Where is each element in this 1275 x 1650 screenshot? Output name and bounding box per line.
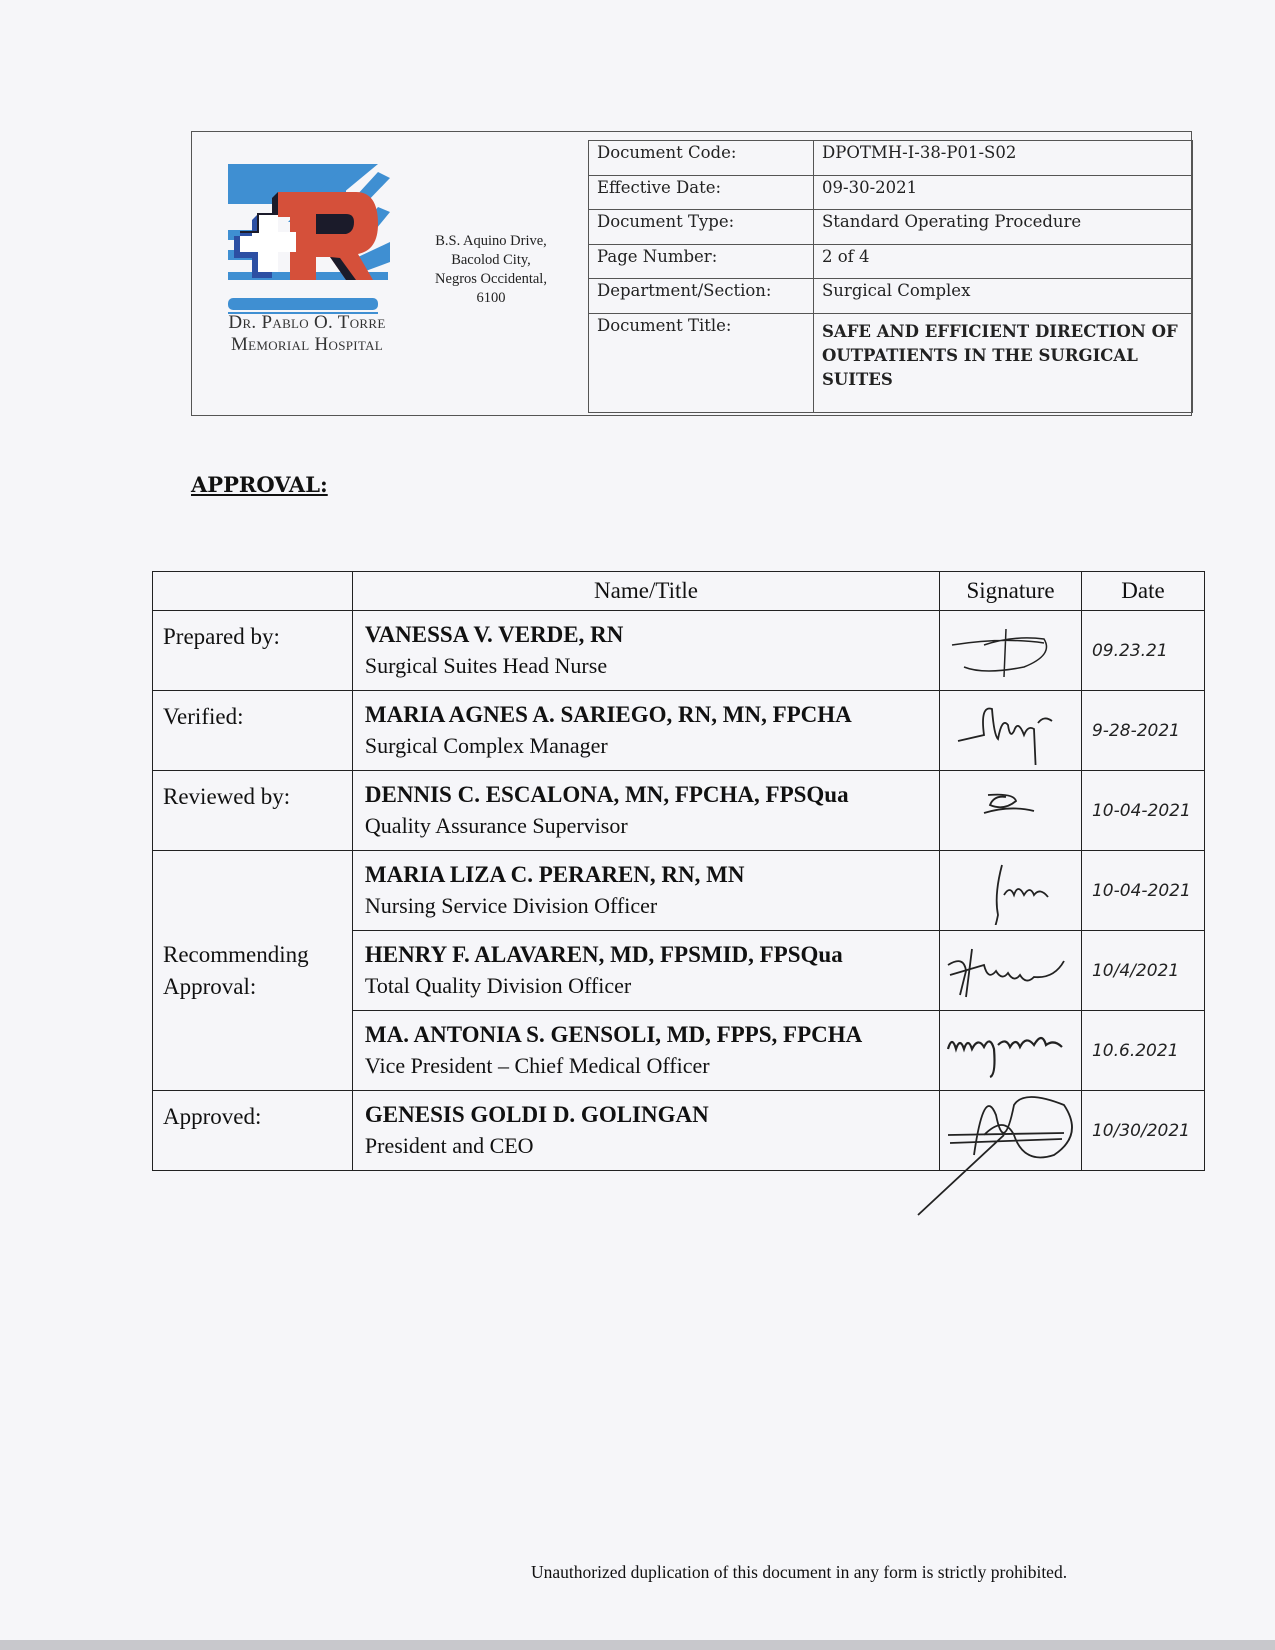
person-name: MARIA AGNES A. SARIEGO, RN, MN, FPCHA <box>365 699 927 731</box>
role-label: Prepared by: <box>153 611 353 691</box>
person-title: Surgical Complex Manager <box>365 731 927 761</box>
person-title: Total Quality Division Officer <box>365 971 927 1001</box>
column-header-signature: Signature <box>940 572 1082 611</box>
person-title: Nursing Service Division Officer <box>365 891 927 921</box>
role-label: Verified: <box>153 691 353 771</box>
meta-label: Page Number: <box>589 244 814 279</box>
approval-row-approved: Approved: GENESIS GOLDI D. GOLINGAN Pres… <box>153 1091 1205 1171</box>
sign-date: 10-04-2021 <box>1081 851 1204 931</box>
role-label: Reviewed by: <box>153 771 353 851</box>
approval-row-reviewed: Reviewed by: DENNIS C. ESCALONA, MN, FPC… <box>153 771 1205 851</box>
name-title-cell: GENESIS GOLDI D. GOLINGAN President and … <box>352 1091 939 1171</box>
role-label: Approved: <box>153 1091 353 1171</box>
person-name: MARIA LIZA C. PERAREN, RN, MN <box>365 859 927 891</box>
meta-row-effective-date: Effective Date: 09-30-2021 <box>589 175 1193 210</box>
name-title-cell: VANESSA V. VERDE, RN Surgical Suites Hea… <box>352 611 939 691</box>
meta-value: DPOTMH-I-38-P01-S02 <box>814 141 1193 176</box>
name-title-cell: MARIA AGNES A. SARIEGO, RN, MN, FPCHA Su… <box>352 691 939 771</box>
signature-icon <box>944 1095 1078 1165</box>
meta-label: Effective Date: <box>589 175 814 210</box>
document-header: Dr. Pablo O. Torre Memorial Hospital B.S… <box>191 131 1192 416</box>
person-name: VANESSA V. VERDE, RN <box>365 619 927 651</box>
name-title-cell: MA. ANTONIA S. GENSOLI, MD, FPPS, FPCHA … <box>352 1011 939 1091</box>
scan-edge <box>0 1640 1275 1650</box>
signature-cell <box>940 931 1082 1011</box>
approval-heading: APPROVAL: <box>191 472 328 497</box>
signature-cell <box>940 691 1082 771</box>
approval-header-row: Name/Title Signature Date <box>153 572 1205 611</box>
signature-icon <box>944 935 1078 1005</box>
signature-icon <box>944 615 1078 685</box>
address-line: 6100 <box>414 289 568 308</box>
person-name: MA. ANTONIA S. GENSOLI, MD, FPPS, FPCHA <box>365 1019 927 1051</box>
address-line: B.S. Aquino Drive, <box>414 232 568 251</box>
hospital-name-line2: Memorial Hospital <box>200 334 414 356</box>
sign-date: 10-04-2021 <box>1081 771 1204 851</box>
person-title: Vice President – Chief Medical Officer <box>365 1051 927 1081</box>
meta-row-document-code: Document Code: DPOTMH-I-38-P01-S02 <box>589 141 1193 176</box>
sign-date: 10/4/2021 <box>1081 931 1204 1011</box>
person-title: President and CEO <box>365 1131 927 1161</box>
sign-date: 10/30/2021 <box>1081 1091 1204 1171</box>
column-header-date: Date <box>1081 572 1204 611</box>
approval-row-recommending-1: Recommending Approval: MARIA LIZA C. PER… <box>153 851 1205 931</box>
name-title-cell: HENRY F. ALAVAREN, MD, FPSMID, FPSQua To… <box>352 931 939 1011</box>
hospital-name-line1: Dr. Pablo O. Torre <box>200 312 414 334</box>
hospital-name: Dr. Pablo O. Torre Memorial Hospital <box>200 312 414 356</box>
column-header-name-title: Name/Title <box>352 572 939 611</box>
role-label: Recommending Approval: <box>153 851 353 1091</box>
signature-icon <box>944 1015 1078 1085</box>
meta-label: Document Type: <box>589 210 814 245</box>
meta-row-document-title: Document Title: SAFE AND EFFICIENT DIREC… <box>589 313 1193 412</box>
document-title: SAFE AND EFFICIENT DIRECTION OF OUTPATIE… <box>814 313 1193 412</box>
approval-table: Name/Title Signature Date Prepared by: V… <box>152 571 1205 1171</box>
hospital-logo-icon <box>228 162 390 314</box>
sign-date: 10.6.2021 <box>1081 1011 1204 1091</box>
approval-row-verified: Verified: MARIA AGNES A. SARIEGO, RN, MN… <box>153 691 1205 771</box>
name-title-cell: MARIA LIZA C. PERAREN, RN, MN Nursing Se… <box>352 851 939 931</box>
signature-cell <box>940 1091 1082 1171</box>
meta-row-page-number: Page Number: 2 of 4 <box>589 244 1193 279</box>
meta-row-document-type: Document Type: Standard Operating Proced… <box>589 210 1193 245</box>
meta-value: Standard Operating Procedure <box>814 210 1193 245</box>
meta-value: Surgical Complex <box>814 279 1193 314</box>
meta-value: 2 of 4 <box>814 244 1193 279</box>
sign-date: 09.23.21 <box>1081 611 1204 691</box>
person-title: Surgical Suites Head Nurse <box>365 651 927 681</box>
signature-icon <box>944 855 1078 925</box>
document-meta-table: Document Code: DPOTMH-I-38-P01-S02 Effec… <box>588 140 1193 413</box>
address-line: Bacolod City, <box>414 251 568 270</box>
hospital-address: B.S. Aquino Drive, Bacolod City, Negros … <box>414 232 568 308</box>
signature-cell <box>940 1011 1082 1091</box>
address-line: Negros Occidental, <box>414 270 568 289</box>
duplication-notice: Unauthorized duplication of this documen… <box>531 1562 1067 1583</box>
signature-cell <box>940 611 1082 691</box>
person-title: Quality Assurance Supervisor <box>365 811 927 841</box>
person-name: DENNIS C. ESCALONA, MN, FPCHA, FPSQua <box>365 779 927 811</box>
sign-date: 9-28-2021 <box>1081 691 1204 771</box>
meta-row-department: Department/Section: Surgical Complex <box>589 279 1193 314</box>
signature-cell <box>940 851 1082 931</box>
signature-icon <box>944 695 1078 765</box>
meta-value: 09-30-2021 <box>814 175 1193 210</box>
signature-cell <box>940 771 1082 851</box>
person-name: GENESIS GOLDI D. GOLINGAN <box>365 1099 927 1131</box>
meta-label: Document Code: <box>589 141 814 176</box>
meta-label: Department/Section: <box>589 279 814 314</box>
name-title-cell: DENNIS C. ESCALONA, MN, FPCHA, FPSQua Qu… <box>352 771 939 851</box>
person-name: HENRY F. ALAVAREN, MD, FPSMID, FPSQua <box>365 939 927 971</box>
meta-label: Document Title: <box>589 313 814 412</box>
signature-icon <box>944 775 1078 845</box>
approval-row-prepared: Prepared by: VANESSA V. VERDE, RN Surgic… <box>153 611 1205 691</box>
column-header-role <box>153 572 353 611</box>
